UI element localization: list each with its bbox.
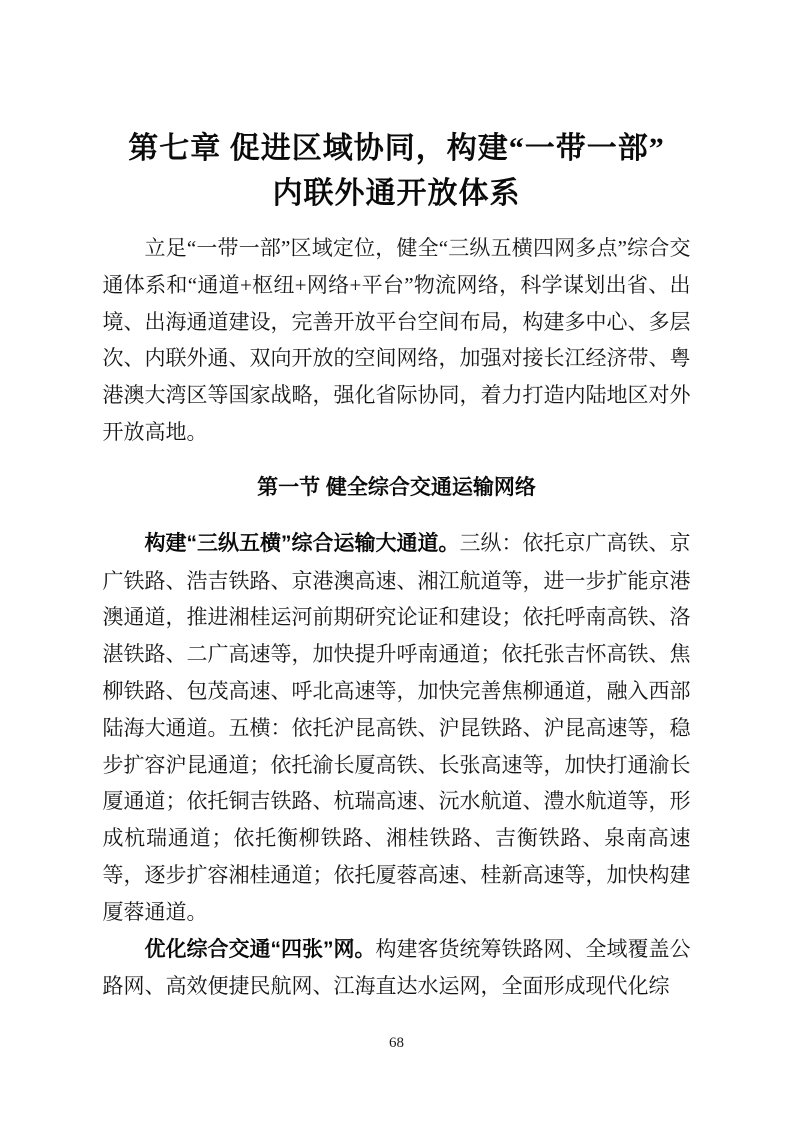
page-content: 第七章 促进区域协同，构建“一带一部” 内联外通开放体系 立足“一带一部”区域定… <box>103 0 691 1005</box>
paragraph-corridors-lead: 构建“三纵五横”综合运输大通道。 <box>145 532 460 555</box>
paragraph-networks: 优化综合交通“四张”网。构建客货统筹铁路网、全域覆盖公路网、高效便捷民航网、江海… <box>103 931 691 1006</box>
chapter-title-line1: 第七章 促进区域协同，构建“一带一部” <box>103 126 691 171</box>
page-number: 68 <box>0 1035 793 1052</box>
chapter-title-line2: 内联外通开放体系 <box>103 171 691 216</box>
chapter-title: 第七章 促进区域协同，构建“一带一部” 内联外通开放体系 <box>103 126 691 216</box>
paragraph-networks-lead: 优化综合交通“四张”网。 <box>145 938 376 961</box>
paragraph-corridors-body: 三纵：依托京广高铁、京广铁路、浩吉铁路、京港澳高速、湘江航道等，进一步扩能京港澳… <box>103 531 691 924</box>
paragraph-corridors: 构建“三纵五横”综合运输大通道。三纵：依托京广高铁、京广铁路、浩吉铁路、京港澳高… <box>103 525 691 931</box>
document-page: 第七章 促进区域协同，构建“一带一部” 内联外通开放体系 立足“一带一部”区域定… <box>0 0 793 1122</box>
intro-paragraph: 立足“一带一部”区域定位，健全“三纵五横四网多点”综合交通体系和“通道+枢纽+网… <box>103 230 691 451</box>
section-1-heading: 第一节 健全综合交通运输网络 <box>103 470 691 506</box>
